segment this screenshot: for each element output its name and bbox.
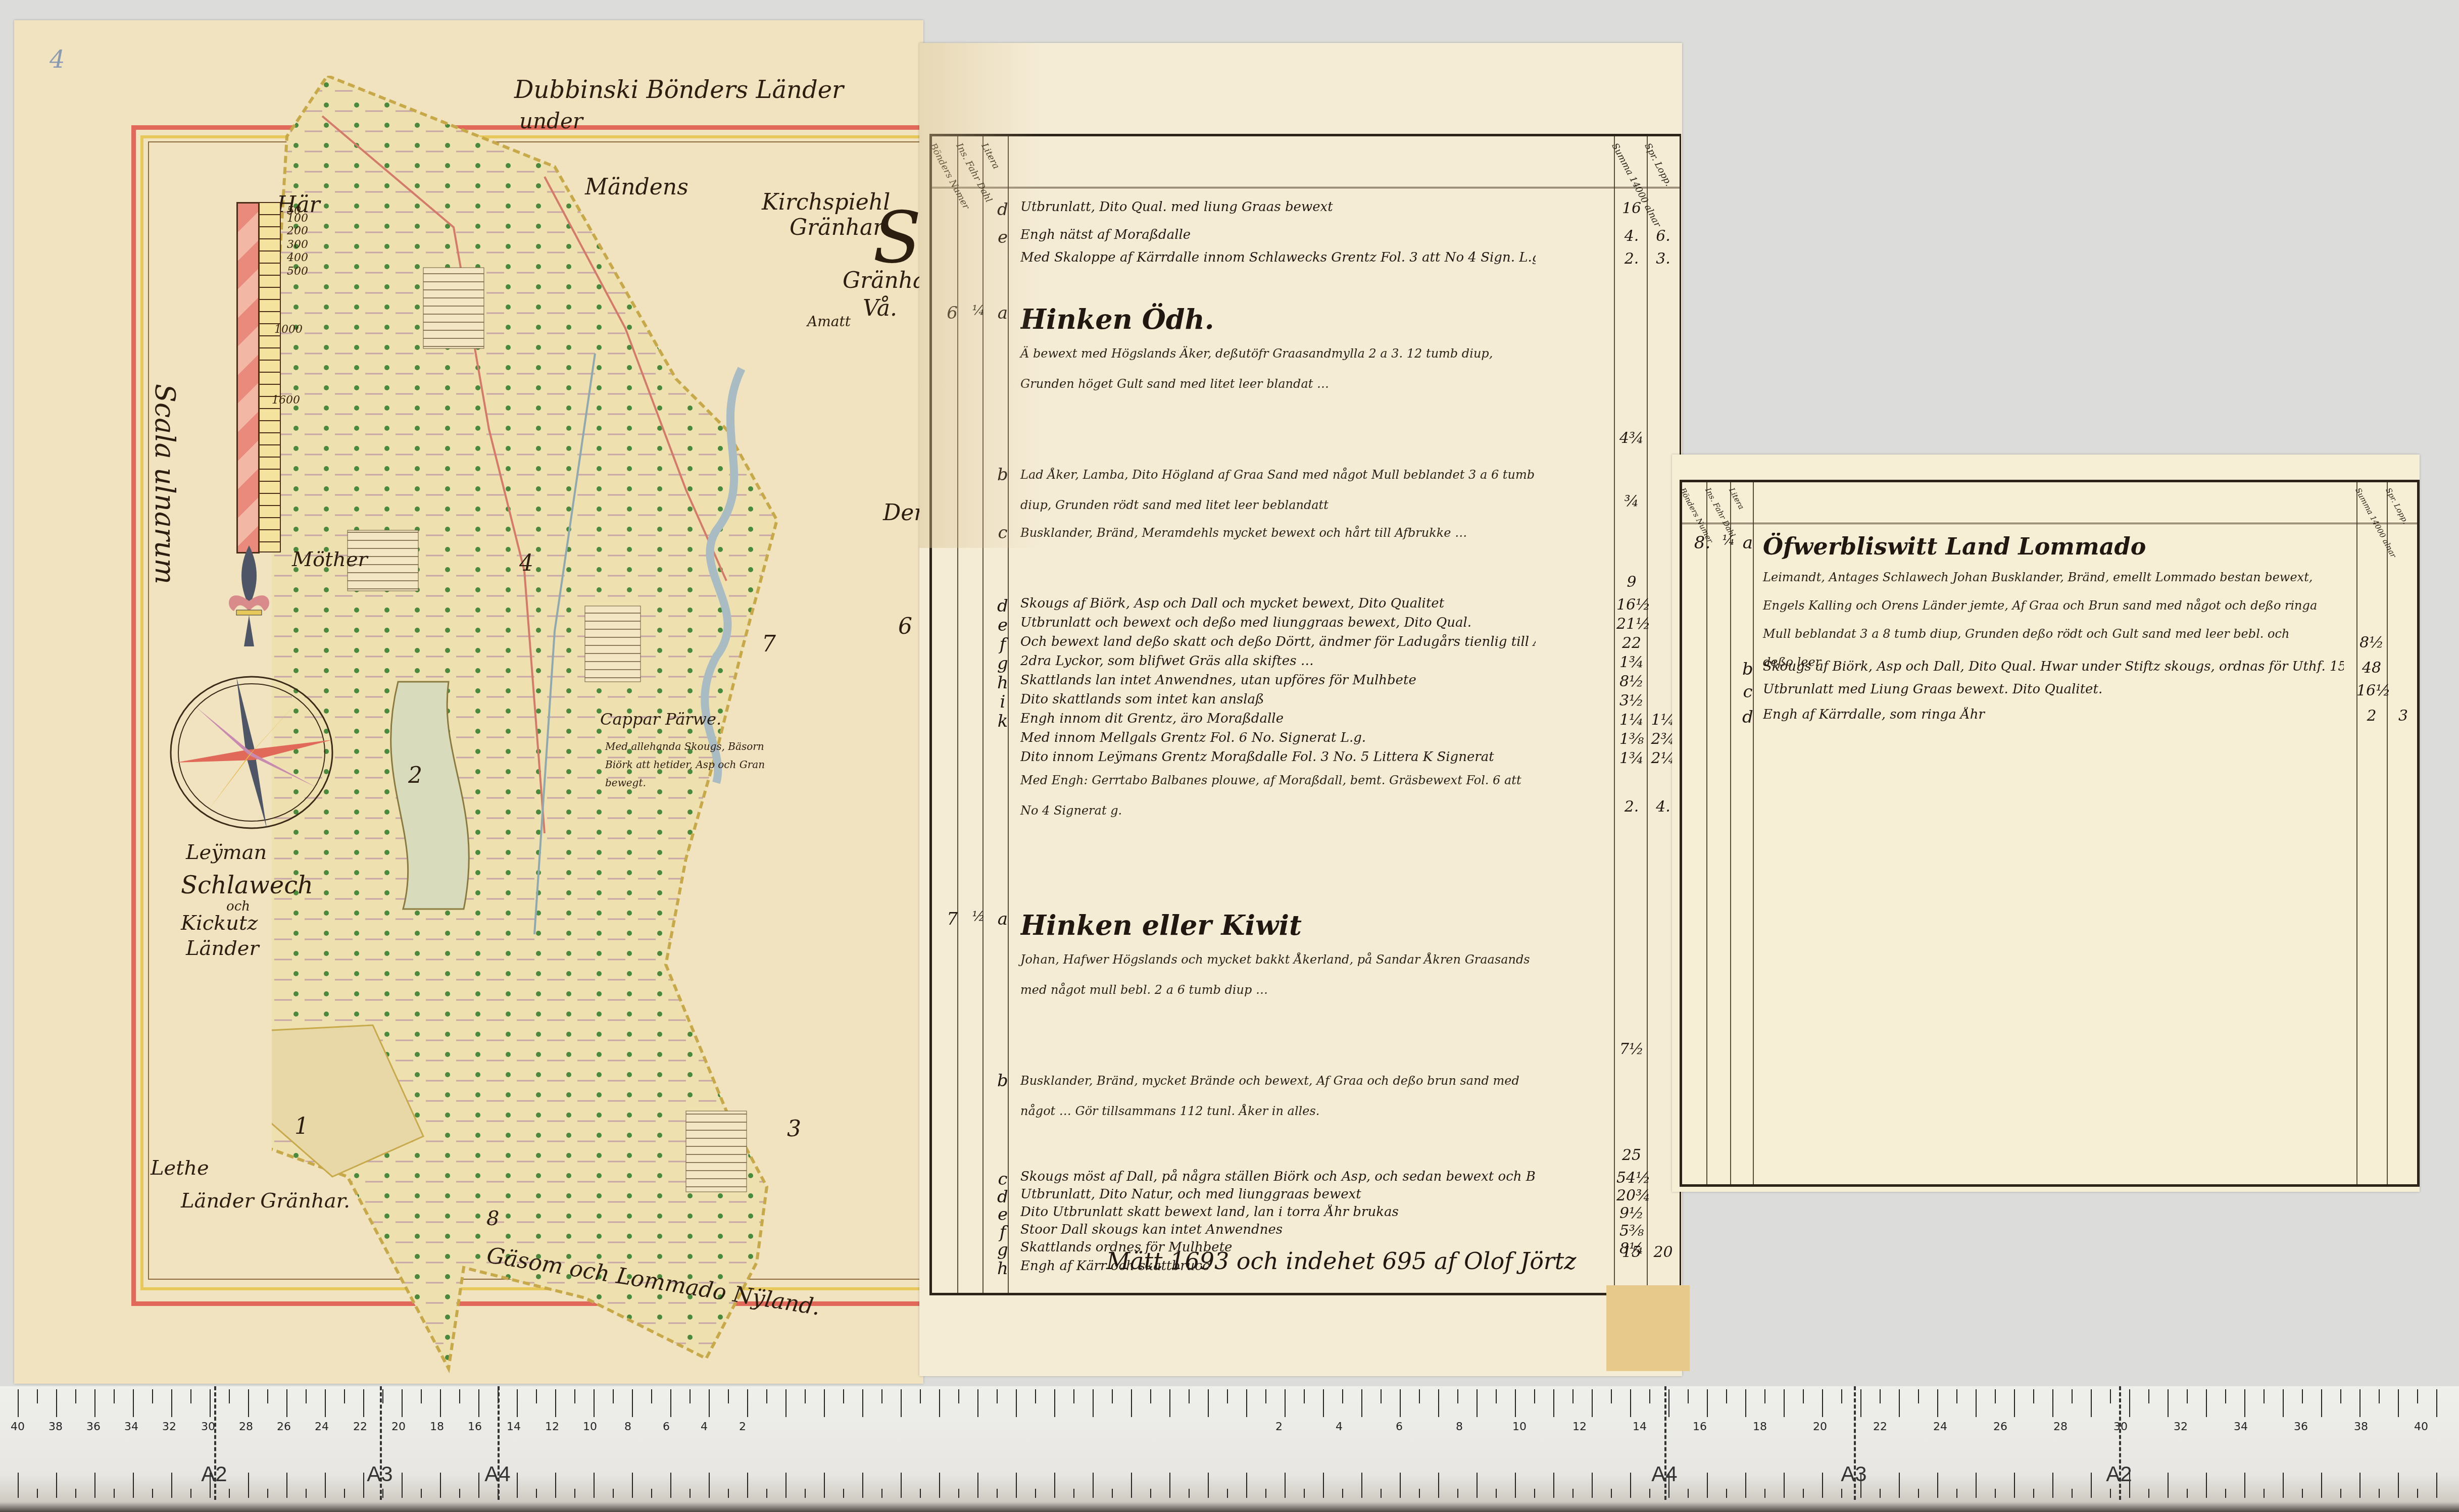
ruler-number: 6 — [1396, 1421, 1403, 1433]
ruler-tick — [1323, 1389, 1324, 1417]
ruler-tick — [1400, 1473, 1401, 1498]
ruler-tick — [1150, 1389, 1151, 1403]
ruler-tick — [440, 1473, 441, 1498]
ruler-tick — [766, 1489, 767, 1498]
ruler-tick — [2206, 1389, 2207, 1417]
ruler-tick — [2091, 1389, 2092, 1417]
map-title-initial: S — [873, 197, 921, 279]
ruler-tick — [2091, 1473, 2092, 1498]
ruler-tick — [1515, 1473, 1516, 1498]
ruler-tick — [440, 1389, 441, 1417]
ruler-tick — [402, 1389, 403, 1417]
ruler-tick — [1764, 1489, 1765, 1498]
ruler-tick — [536, 1489, 537, 1498]
ruler-tick — [862, 1389, 863, 1417]
ruler-number: 12 — [545, 1421, 559, 1433]
row-description: Utbrunlatt, Dito Natur, och med liunggra… — [1020, 1187, 1536, 1202]
ledger-entry-plot-6: 6 ¼ a Hinken Ödh. Ä bewext med Högslands… — [932, 303, 1680, 465]
ruler-tick — [690, 1389, 691, 1403]
ruler-tick — [1918, 1489, 1919, 1498]
ruler-tick — [1381, 1489, 1382, 1498]
ruler-tick — [325, 1389, 326, 1417]
row-description-body: Ä bewext med Högslands Äker, deßutöfr Gr… — [1020, 338, 1536, 399]
ruler-tick — [1131, 1473, 1132, 1498]
row-value-summa: 9½ — [1616, 1204, 1647, 1222]
row-value-summa: 21½ — [1616, 615, 1647, 633]
ruler-tick — [2206, 1473, 2207, 1498]
ruler-tick — [1630, 1473, 1631, 1498]
row-description: Busklander, Bränd, Meramdehls mycket bew… — [1020, 518, 1536, 548]
ruler-number: 14 — [507, 1421, 521, 1433]
row-description: Dito skattlands som intet kan anslaß — [1020, 692, 1536, 707]
ruler-tick — [2014, 1389, 2015, 1417]
label-va: Vå. — [863, 295, 897, 321]
ruler-tick — [133, 1473, 134, 1498]
ruler-tick — [1361, 1389, 1362, 1417]
row-description: 2dra Lyckor, som blifwet Gräs alla skift… — [1020, 653, 1536, 669]
fleur-de-lis-north-icon — [224, 545, 274, 662]
row-description: Dito innom Leÿmans Grentz Moraßdalle Fol… — [1020, 749, 1536, 765]
ruler-tick — [805, 1389, 806, 1403]
ledger-row: k Engh innom dit Grentz, äro Moraßdalle … — [932, 711, 1680, 731]
supplement-row: b Skougs af Biörk, Asp och Dall, Dito Qu… — [1682, 659, 2417, 684]
ruler-tick — [56, 1473, 57, 1498]
ledger-row: e Utbrunlatt och bewext och deßo med liu… — [932, 615, 1680, 635]
ruler-number: 10 — [583, 1421, 597, 1433]
ruler-tick — [2072, 1389, 2073, 1403]
ruler-number: 12 — [1572, 1421, 1587, 1433]
ruler-tick — [1246, 1389, 1247, 1417]
ruler-tick — [958, 1389, 959, 1403]
row-plot-number: 7 — [942, 909, 962, 929]
ruler-tick — [1361, 1473, 1362, 1498]
plot-number: 1 — [294, 1114, 309, 1139]
ruler-number: 26 — [277, 1421, 291, 1433]
ruler-tick — [1227, 1489, 1228, 1498]
ledger-row: Med Engh: Gerrtabo Balbanes plouwe, af M… — [932, 770, 1680, 816]
ruler-tick — [613, 1389, 614, 1403]
ruler-number: 40 — [2414, 1421, 2428, 1433]
ruler-number: 40 — [11, 1421, 25, 1433]
row-value-summa: 7½ — [1616, 1040, 1647, 1058]
ruler-tick — [1534, 1389, 1535, 1403]
paper-size-label: A4 — [484, 1462, 510, 1486]
ruler-number: 10 — [1512, 1421, 1527, 1433]
ruler-tick — [2379, 1489, 2380, 1498]
ruler-tick — [1150, 1489, 1151, 1498]
label-lander-granhar: Länder Gränhar. — [181, 1189, 350, 1213]
scale-tick-label: 200 — [287, 225, 308, 237]
row-description: Öfwerbliswitt Land Lommado — [1763, 533, 2278, 560]
ruler-tick — [1803, 1389, 1804, 1403]
label-lander-west: Länder — [186, 937, 259, 960]
ruler-number: 34 — [124, 1421, 138, 1433]
ruler-tick — [536, 1389, 537, 1403]
ruler-tick — [2398, 1473, 2399, 1498]
ruler-tick — [306, 1389, 307, 1403]
row-value-lopp: 20 — [1649, 1243, 1677, 1261]
supplement-page: Bönders Numer Ins. Fahr Dahl Litera Summ… — [1672, 455, 2420, 1192]
ruler-tick — [1726, 1389, 1727, 1403]
ruler-tick — [785, 1389, 786, 1417]
ruler-tick — [229, 1489, 230, 1498]
ruler-tick — [1265, 1489, 1266, 1498]
ruler-tick — [1822, 1389, 1823, 1417]
ledger-row: d Utbrunlatt, Dito Natur, och med liungg… — [932, 1187, 1680, 1207]
ruler-tick — [478, 1389, 479, 1417]
label-mother: Möther — [292, 548, 368, 571]
row-value-summa: 1⅜ — [1616, 730, 1647, 748]
ruler-tick — [56, 1389, 57, 1417]
paper-size-label: A4 — [1651, 1462, 1677, 1486]
ruler-number: 38 — [48, 1421, 63, 1433]
ruler-tick — [785, 1473, 786, 1498]
ruler-tick — [1784, 1473, 1785, 1498]
ruler-tick — [2359, 1473, 2360, 1498]
ruler-tick — [1995, 1389, 1996, 1403]
ruler-tick — [1611, 1389, 1612, 1403]
ruler-tick — [2148, 1489, 2149, 1498]
ledger-row: c Busklander, Bränd, Meramdehls mycket b… — [932, 523, 1680, 588]
ruler-tick — [613, 1489, 614, 1498]
row-value-summa: 3½ — [1616, 692, 1647, 710]
ruler-number: 4 — [701, 1421, 708, 1433]
ruler-tick — [1611, 1489, 1612, 1498]
row-letter: b — [993, 1071, 1013, 1091]
ruler-tick — [344, 1489, 345, 1498]
supplement-table: Bönders Numer Ins. Fahr Dahl Litera Summ… — [1680, 480, 2420, 1187]
map-territory — [272, 76, 903, 1379]
ruler-tick — [2321, 1473, 2322, 1498]
ruler-number: 20 — [1813, 1421, 1827, 1433]
ruler-tick — [2359, 1389, 2360, 1417]
label-mandens: Mändens — [585, 174, 688, 200]
row-description: Engh af Kärrdalle, som ringa Åhr — [1763, 707, 2344, 722]
row-value-summa: 1¼ — [1616, 711, 1647, 729]
ruler-tick — [94, 1389, 95, 1417]
row-letter: c — [1738, 682, 1758, 702]
ruler-tick — [1438, 1473, 1439, 1498]
ruler-tick — [306, 1489, 307, 1498]
ledger-row: i Dito skattlands som intet kan anslaß 3… — [932, 692, 1680, 712]
ruler-tick — [1304, 1489, 1305, 1498]
ruler-tick — [1534, 1489, 1535, 1498]
ruler-tick — [1419, 1489, 1420, 1498]
label-cappar: Cappar Pärwe. — [600, 710, 721, 729]
ruler-tick — [2398, 1389, 2399, 1417]
ruler-tick — [190, 1489, 191, 1498]
entry-title: Hinken eller Kiwit — [1020, 909, 1302, 941]
ruler-tick — [344, 1389, 345, 1403]
ruler-tick — [133, 1389, 134, 1417]
ruler-tick — [881, 1389, 882, 1403]
ruler-number: 22 — [353, 1421, 367, 1433]
row-description: Med Skaloppe af Kärrdalle innom Schlawec… — [1020, 250, 1536, 265]
ruler-number: 2 — [739, 1421, 746, 1433]
ruler-tick — [2072, 1489, 2073, 1498]
row-value-summa: 8½ — [1616, 673, 1647, 690]
ruler-tick — [1707, 1473, 1708, 1498]
label-kickutz: Kickutz — [181, 912, 258, 935]
ruler-number: 32 — [2174, 1421, 2188, 1433]
row-value-summa: 16 — [1616, 199, 1647, 217]
ruler-tick — [152, 1389, 153, 1403]
ruler-tick — [382, 1489, 383, 1498]
ruler-tick — [997, 1389, 998, 1403]
ruler-tick — [1054, 1473, 1055, 1498]
row-value-summa: 20¾ — [1616, 1187, 1647, 1204]
ledger-row: e Engh nätst af Moraßdalle 4. 6. — [932, 227, 1680, 247]
plot-number: 8 — [486, 1207, 499, 1230]
ruler-number: 34 — [2234, 1421, 2248, 1433]
ruler-tick — [1246, 1473, 1247, 1498]
ruler-number: 24 — [1933, 1421, 1947, 1433]
ruler-tick — [2302, 1489, 2303, 1498]
ruler-tick — [1208, 1473, 1209, 1498]
ruler-tick — [1169, 1389, 1170, 1417]
ruler-number: 32 — [162, 1421, 176, 1433]
row-value-summa: 2. — [1616, 798, 1647, 816]
ruler-tick — [555, 1473, 556, 1498]
ruler-tick — [2187, 1389, 2188, 1403]
row-description: Hinken Ödh. — [1020, 303, 1536, 335]
row-description: Utbrunlatt med Liung Graas bewext. Dito … — [1763, 682, 2344, 697]
ruler-tick — [1496, 1489, 1497, 1498]
ruler-tick — [2014, 1473, 2015, 1498]
row-letter: g — [993, 1240, 1013, 1260]
row-value-summa: 5⅜ — [1616, 1222, 1647, 1240]
ruler-tick — [2168, 1389, 2169, 1417]
ruler-tick — [766, 1389, 767, 1403]
ledger-row: g 2dra Lyckor, som blifwet Gräs alla ski… — [932, 653, 1680, 674]
supplement-entry-plot-8: 8. ¼ a Öfwerbliswitt Land Lommado Leiman… — [1682, 533, 2417, 659]
ruler-tick — [1131, 1389, 1132, 1417]
ruler-number: 28 — [2053, 1421, 2068, 1433]
compass-rose-icon — [166, 667, 337, 838]
water-stain — [919, 43, 1041, 548]
ruler-tick — [1073, 1389, 1074, 1403]
row-fraction: ½ — [968, 909, 989, 924]
row-letter: f — [993, 634, 1013, 654]
ruler-tick — [2033, 1489, 2034, 1498]
measuring-ruler: 40 38 36 34 32 30 28 26 24 22 20 18 16 1… — [0, 1386, 2459, 1512]
ruler-tick — [459, 1489, 460, 1498]
ruler-tick — [1400, 1389, 1401, 1417]
row-letter: d — [993, 596, 1013, 616]
ruler-tick — [1477, 1473, 1478, 1498]
label-granhar: Gränhar — [790, 215, 883, 240]
ruler-tick — [2340, 1489, 2341, 1498]
ruler-tick — [75, 1389, 76, 1403]
ruler-tick — [824, 1473, 825, 1498]
ruler-number: 18 — [1753, 1421, 1767, 1433]
ruler-tick — [18, 1473, 19, 1498]
ruler-tick — [2148, 1389, 2149, 1403]
row-letter: b — [1738, 659, 1758, 679]
ruler-tick — [1035, 1489, 1036, 1498]
ruler-tick — [94, 1473, 95, 1498]
ruler-tick — [1592, 1473, 1593, 1498]
ruler-tick — [862, 1473, 863, 1498]
label-cappar-note: Med allehanda Skougs, Bäsorn Biörk att h… — [605, 737, 767, 792]
ruler-tick — [2110, 1489, 2111, 1498]
ruler-tick — [1208, 1389, 1209, 1417]
ruler-tick — [1342, 1489, 1343, 1498]
label-dubbinski-lander: Dubbinski Bönders Länder — [514, 76, 844, 104]
plot-number: 3 — [787, 1116, 801, 1142]
ruler-tick — [574, 1389, 575, 1403]
ruler-number: 28 — [239, 1421, 253, 1433]
ruler-tick — [1515, 1389, 1516, 1417]
ruler-tick — [459, 1389, 460, 1403]
ruler-tick — [1956, 1389, 1957, 1403]
row-letter: e — [993, 615, 1013, 635]
scale-ruler-striped — [236, 202, 260, 553]
ruler-tick — [1707, 1389, 1708, 1417]
ruler-tick — [2283, 1473, 2284, 1498]
ruler-tick — [382, 1389, 383, 1403]
ruler-number: 4 — [1336, 1421, 1343, 1433]
ruler-tick — [2052, 1389, 2053, 1417]
ruler-tick — [1822, 1473, 1823, 1498]
row-value-summa: ¾ — [1616, 492, 1647, 510]
row-value-lopp: 6. — [1649, 227, 1677, 245]
ruler-tick — [2321, 1389, 2322, 1417]
row-value-summa: 16½ — [2356, 682, 2387, 699]
ruler-tick — [2417, 1389, 2418, 1403]
row-letter: k — [993, 711, 1013, 731]
ruler-tick — [1189, 1389, 1190, 1403]
ledger-table: Bönders Numer Ins. Fahr Dahl Litera Summ… — [929, 134, 1681, 1295]
ruler-tick — [1937, 1389, 1938, 1417]
ruler-tick — [1937, 1473, 1938, 1498]
row-description: Stoor Dall skougs kan intet Anwendnes — [1020, 1222, 1536, 1237]
scale-tick-label: 1000 — [274, 323, 303, 336]
row-description: Lad Åker, Lamba, Dito Högland af Graa Sa… — [1020, 460, 1536, 520]
ruler-tick — [1093, 1473, 1094, 1498]
ruler-number: 2 — [1275, 1421, 1283, 1433]
label-schlawech: Schlawech — [181, 871, 313, 899]
ruler-tick — [421, 1489, 422, 1498]
row-description: Med Engh: Gerrtabo Balbanes plouwe, af M… — [1020, 765, 1536, 826]
ruler-tick — [2187, 1489, 2188, 1498]
ruler-tick — [2129, 1389, 2130, 1417]
ruler-tick — [1381, 1389, 1382, 1403]
ruler-tick — [18, 1389, 19, 1417]
ruler-number: 8 — [1456, 1421, 1463, 1433]
ruler-tick — [1649, 1389, 1650, 1403]
row-value-summa: 9 — [1616, 573, 1647, 591]
ruler-tick — [977, 1389, 978, 1417]
ruler-tick — [1649, 1489, 1650, 1498]
ruler-tick — [2436, 1473, 2437, 1498]
ruler-number: 36 — [86, 1421, 101, 1433]
ruler-tick — [1265, 1389, 1266, 1403]
ruler-tick — [920, 1489, 921, 1498]
row-value-summa: 25 — [1616, 1146, 1647, 1164]
ruler-tick — [2436, 1389, 2437, 1417]
row-value-summa: 2. — [1616, 250, 1647, 268]
header-rule — [1682, 523, 2417, 524]
row-description: Och bewext land deßo skatt och deßo Dört… — [1020, 634, 1536, 649]
ruler-tick — [402, 1473, 403, 1498]
ledger-row: b Busklander, Bränd, mycket Brände och b… — [932, 1071, 1680, 1167]
ledger-row: Med Skaloppe af Kärrdalle innom Schlawec… — [932, 250, 1680, 270]
ruler-tick — [1745, 1473, 1746, 1498]
ruler-tick — [1477, 1389, 1478, 1417]
ruler-number: 36 — [2294, 1421, 2308, 1433]
ruler-tick — [1112, 1389, 1113, 1403]
ruler-tick — [2225, 1389, 2226, 1403]
ruler-tick — [171, 1473, 172, 1498]
ruler-tick — [977, 1473, 978, 1498]
ledger-entry-plot-7: 7 ½ a Hinken eller Kiwit Johan, Hafwer H… — [932, 909, 1680, 1071]
row-letter: a — [1738, 533, 1758, 553]
ruler-tick — [1169, 1473, 1170, 1498]
ruler-tick — [939, 1473, 940, 1498]
label-amatt: Amatt — [807, 313, 851, 330]
ruler-tick — [478, 1473, 479, 1498]
ruler-tick — [2225, 1489, 2226, 1498]
row-letter: i — [993, 692, 1013, 712]
ruler-tick — [958, 1489, 959, 1498]
ruler-tick — [1457, 1389, 1458, 1403]
paper-size-label: A3 — [1841, 1462, 1866, 1486]
ruler-tick — [1956, 1489, 1957, 1498]
ruler-tick — [1976, 1389, 1977, 1417]
ledger-row: f Och bewext land deßo skatt och deßo Dö… — [932, 634, 1680, 654]
ruler-tick — [594, 1389, 595, 1417]
ruler-tick — [2264, 1489, 2265, 1498]
ruler-tick — [1457, 1489, 1458, 1498]
scale-ruler-ticks — [259, 202, 281, 552]
paper-size-label: A2 — [201, 1462, 227, 1486]
ruler-tick — [1227, 1389, 1228, 1403]
ruler-tick — [805, 1489, 806, 1498]
scale-tick-label: 300 — [287, 238, 308, 251]
label-kirchspiel: Kirchspiehl — [762, 189, 890, 215]
row-description: Engh nätst af Moraßdalle — [1020, 227, 1536, 242]
ruler-tick — [2283, 1389, 2284, 1417]
row-letter: h — [993, 1258, 1013, 1279]
ledger-row: Med innom Mellgals Grentz Fol. 6 No. Sig… — [932, 730, 1680, 750]
row-plot-number: 8. — [1692, 533, 1712, 553]
row-fraction: ¼ — [1718, 533, 1739, 548]
ruler-tick — [1630, 1389, 1631, 1417]
ruler-tick — [2168, 1473, 2169, 1498]
row-description-body: Johan, Hafwer Högslands och mycket bakkt… — [1020, 944, 1536, 1005]
ruler-tick — [1496, 1389, 1497, 1403]
ruler-tick — [574, 1489, 575, 1498]
ruler-number: 6 — [663, 1421, 670, 1433]
ruler-tick — [114, 1389, 115, 1403]
row-value-summa: 22 — [1616, 634, 1647, 652]
row-value-summa: 4¾ — [1616, 429, 1647, 447]
row-value-lopp: 3. — [1649, 250, 1677, 268]
ruler-tick — [881, 1489, 882, 1498]
page-number: 4 — [50, 45, 65, 74]
ledger-row: c Skougs möst af Dall, på några ställen … — [932, 1169, 1680, 1189]
ruler-tick — [267, 1389, 268, 1403]
ruler-tick — [2033, 1389, 2034, 1403]
ruler-tick — [421, 1389, 422, 1403]
entry-title: Öfwerbliswitt Land Lommado — [1763, 533, 2146, 560]
ruler-tick — [1112, 1489, 1113, 1498]
row-value-summa: 4. — [1616, 227, 1647, 245]
ruler-tick — [267, 1489, 268, 1498]
ruler-tick — [1976, 1473, 1977, 1498]
row-value-summa: 48 — [2356, 659, 2387, 677]
